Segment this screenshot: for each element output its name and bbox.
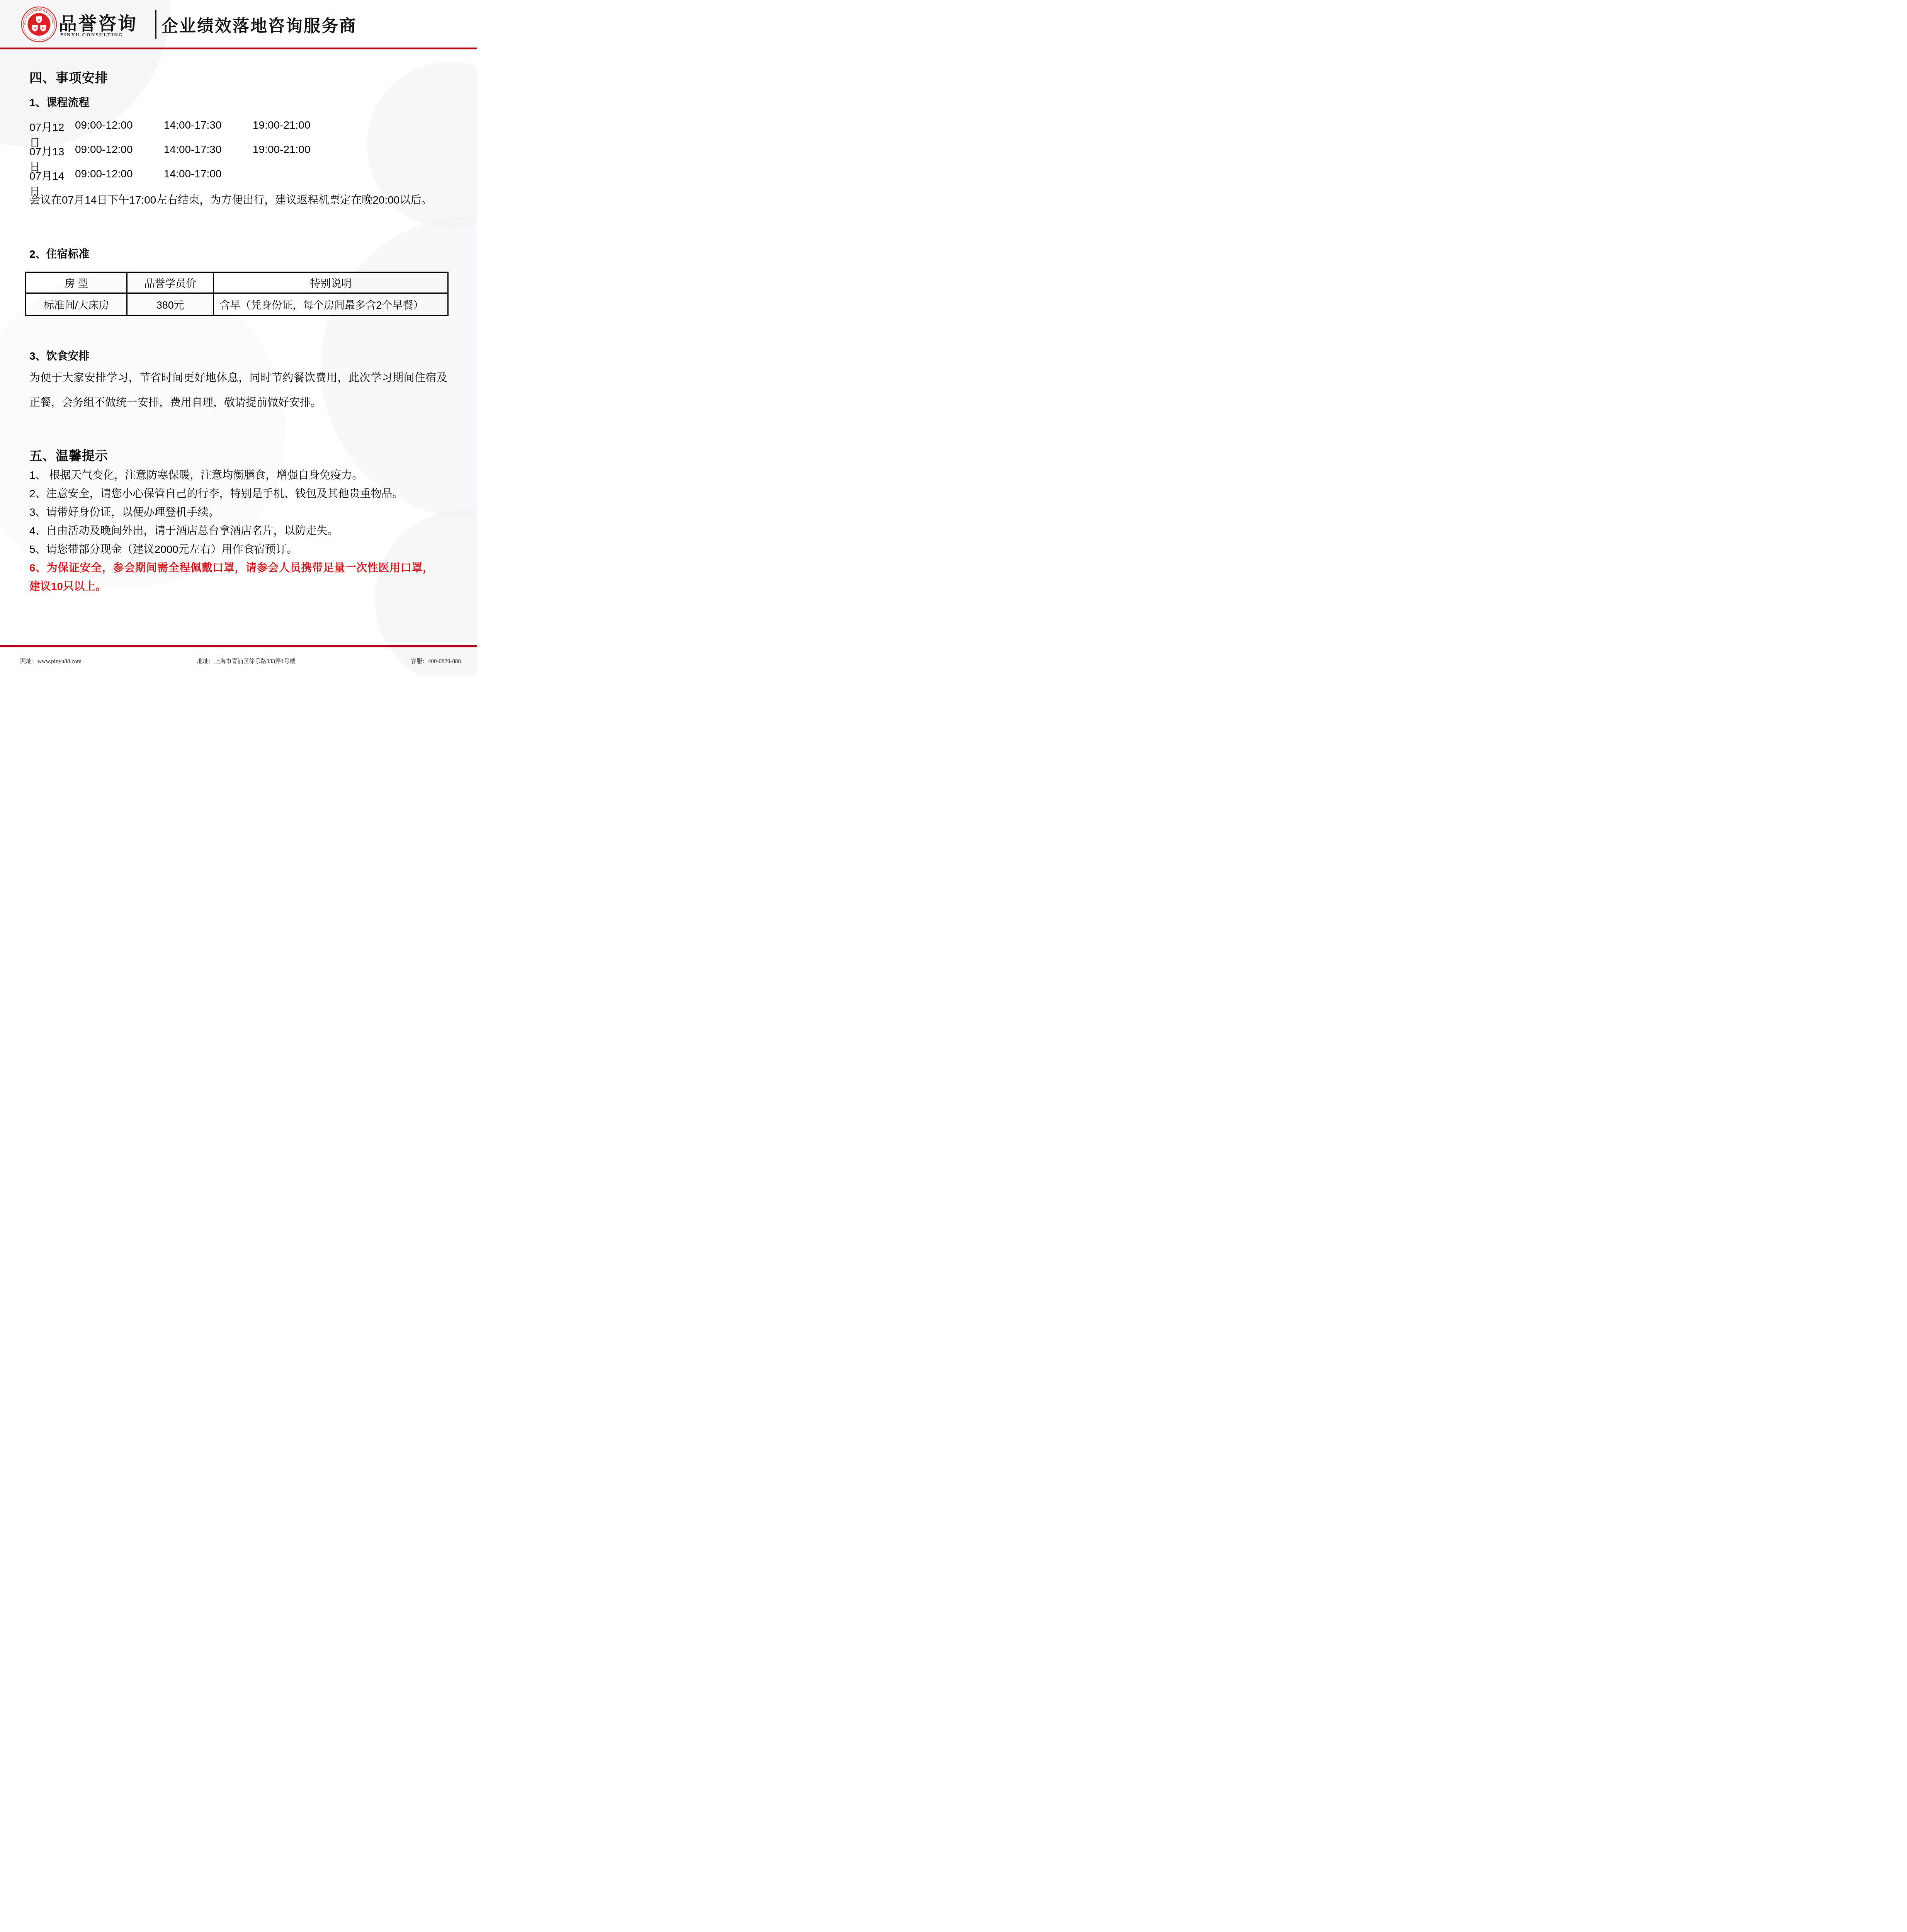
- tip-item: 5、请您带部分现金（建议2000元左右）用作食宿预订。: [29, 540, 433, 559]
- company-name-en: PINYU CONSULTING: [60, 32, 123, 38]
- footer: 网址：www.pinyu88.com 地址：上海市青浦区徐乐路333弄1号楼 客…: [0, 657, 477, 665]
- table-cell-room-type: 标准间/大床房: [26, 293, 127, 316]
- schedule-title: 1、课程流程: [29, 94, 90, 110]
- tip-item: 1、 根据天气变化，注意防寒保暖，注意均衡膳食，增强自身免疫力。: [29, 466, 433, 485]
- table-header-row: 房 型 品誉学员价 特别说明: [26, 272, 448, 293]
- table-header-cell: 特别说明: [214, 272, 448, 293]
- tips-list: 1、 根据天气变化，注意防寒保暖，注意均衡膳食，增强自身免疫力。 2、注意安全，…: [29, 466, 433, 596]
- lodging-table: 房 型 品誉学员价 特别说明 标准间/大床房 380元 含早（凭身份证，每个房间…: [25, 272, 449, 316]
- footer-phone: 客服：400-0829-888: [411, 657, 461, 665]
- footer-address: 地址：上海市青浦区徐乐路333弄1号楼: [197, 657, 296, 665]
- header-rule: [0, 48, 477, 49]
- table-cell-notes: 含早（凭身份证，每个房间最多含2个早餐）: [214, 293, 448, 316]
- table-row: 标准间/大床房 380元 含早（凭身份证，每个房间最多含2个早餐）: [26, 293, 448, 316]
- svg-text:U: U: [42, 26, 44, 30]
- brand-divider: [155, 10, 156, 39]
- meals-text: 为便于大家安排学习，节省时间更好地休息，同时节约餐饮费用，此次学习期间住宿及正餐…: [29, 366, 447, 415]
- meals-title: 3、饮食安排: [29, 348, 90, 363]
- svg-text:U: U: [38, 18, 41, 22]
- company-name-cn: 品誉咨询: [59, 9, 138, 35]
- lodging-title: 2、住宿标准: [29, 246, 90, 261]
- tip-item-highlight: 6、为保证安全，参会期间需全程佩戴口罩，请参会人员携带足量一次性医用口罩，建议1…: [29, 559, 433, 596]
- svg-text:U: U: [34, 26, 36, 30]
- document-page: PINYU ENTERPRISE MANAGEMENT 2014 U U U: [0, 0, 477, 675]
- footer-website: 网址：www.pinyu88.com: [20, 657, 82, 665]
- tip-item: 3、请带好身份证，以便办理登机手续。: [29, 503, 433, 522]
- pinyu-seal-logo: PINYU ENTERPRISE MANAGEMENT 2014 U U U: [21, 6, 57, 43]
- tip-item: 2、注意安全，请您小心保管自己的行李，特别是手机、钱包及其他贵重物品。: [29, 485, 433, 503]
- table-header-cell: 品誉学员价: [127, 272, 214, 293]
- section5-title: 五、温馨提示: [29, 446, 108, 464]
- tip-item: 4、自由活动及晚间外出，请于酒店总台拿酒店名片，以防走失。: [29, 522, 433, 540]
- footer-rule: [0, 645, 477, 647]
- section4-title: 四、事项安排: [29, 68, 108, 86]
- company-tagline: 企业绩效落地咨询服务商: [161, 13, 357, 37]
- schedule-note: 会议在07月14日下午17:00左右结束，为方便出行，建议返程机票定在晚20:0…: [29, 192, 456, 207]
- table-cell-price: 380元: [127, 293, 214, 316]
- table-header-cell: 房 型: [26, 272, 127, 293]
